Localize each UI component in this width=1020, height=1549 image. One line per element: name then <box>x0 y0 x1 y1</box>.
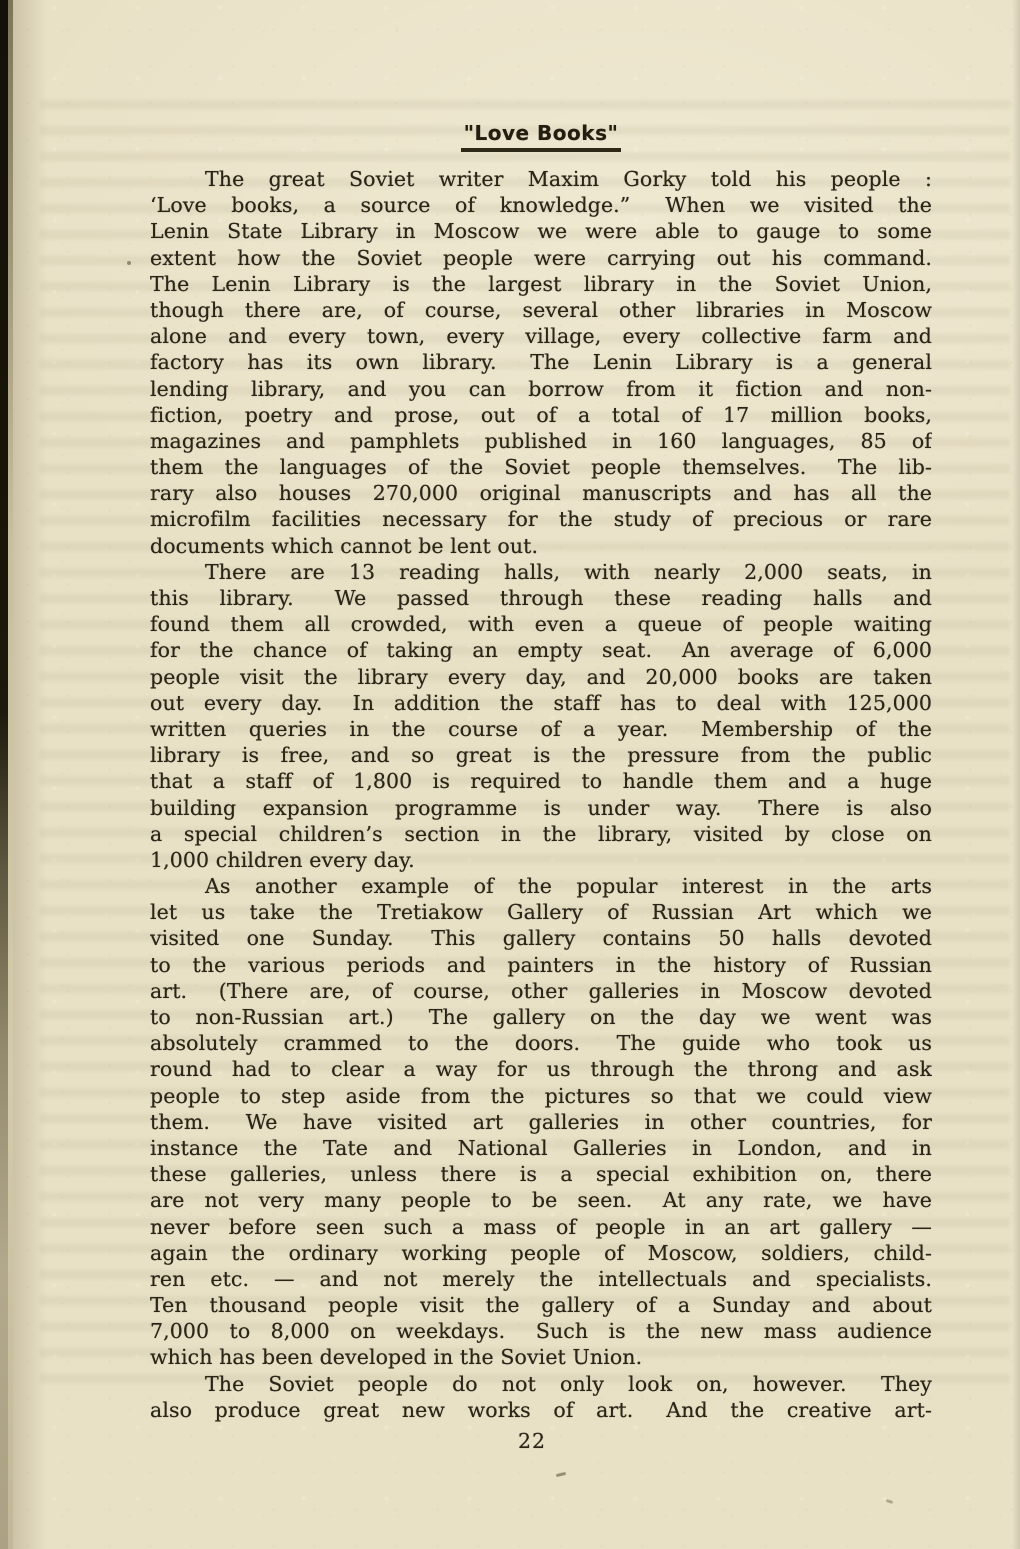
paper-speck <box>556 1472 566 1477</box>
text-line: round had to clear a way for us through … <box>150 1056 932 1082</box>
text-line: Lenin State Library in Moscow we were ab… <box>150 218 932 244</box>
text-line: As another example of the popular intere… <box>150 873 932 899</box>
text-line: these galleries, unless there is a speci… <box>150 1161 932 1187</box>
text-line: fiction, poetry and prose, out of a tota… <box>150 402 932 428</box>
chapter-title: "Love Books" <box>461 120 622 152</box>
text-line: for the chance of taking an empty seat. … <box>150 637 932 663</box>
text-line: people visit the library every day, and … <box>150 664 932 690</box>
text-line: absolutely crammed to the doors. The gui… <box>150 1030 932 1056</box>
text-line: are not very many people to be seen. At … <box>150 1187 932 1213</box>
text-line: them. We have visited art galleries in o… <box>150 1109 932 1135</box>
text-line: instance the Tate and National Galleries… <box>150 1135 932 1161</box>
text-line: factory has its own library. The Lenin L… <box>150 349 932 375</box>
text-column: "Love Books" The great Soviet writer Max… <box>150 120 932 1454</box>
text-line: alone and every town, every village, eve… <box>150 323 932 349</box>
text-line: ‘Love books, a source of knowledge.” Whe… <box>150 192 932 218</box>
text-line: written queries in the course of a year.… <box>150 716 932 742</box>
page-number: 22 <box>141 1428 923 1454</box>
text-line: microfilm facilities necessary for the s… <box>150 506 932 532</box>
text-line: found them all crowded, with even a queu… <box>150 611 932 637</box>
paragraph: There are 13 reading halls, with nearly … <box>150 559 932 873</box>
paper-speck <box>886 1499 894 1504</box>
book-binding-edge <box>0 0 8 1549</box>
text-line: that a staff of 1,800 is required to han… <box>150 768 932 794</box>
text-line: There are 13 reading halls, with nearly … <box>150 559 932 585</box>
paragraph: As another example of the popular intere… <box>150 873 932 1371</box>
text-line: people to step aside from the pictures s… <box>150 1083 932 1109</box>
text-line: never before seen such a mass of people … <box>150 1214 932 1240</box>
page-right-edge <box>1012 0 1020 1549</box>
text-line: out every day. In addition the staff has… <box>150 690 932 716</box>
text-line: extent how the Soviet people were carryi… <box>150 245 932 271</box>
scanned-book-page: "Love Books" The great Soviet writer Max… <box>0 0 1020 1549</box>
text-line: The great Soviet writer Maxim Gorky told… <box>150 166 932 192</box>
paper-speck <box>127 261 131 265</box>
paragraph: The Soviet people do not only look on, h… <box>150 1371 932 1423</box>
text-line: library is free, and so great is the pre… <box>150 742 932 768</box>
text-line: The Soviet people do not only look on, h… <box>150 1371 932 1397</box>
text-line: them the languages of the Soviet people … <box>150 454 932 480</box>
text-line: ren etc. — and not merely the intellectu… <box>150 1266 932 1292</box>
text-line: let us take the Tretiakow Gallery of Rus… <box>150 899 932 925</box>
text-line: visited one Sunday. This gallery contain… <box>150 925 932 951</box>
text-block: The great Soviet writer Maxim Gorky told… <box>150 166 932 1423</box>
text-line: documents which cannot be lent out. <box>150 533 932 559</box>
text-line: again the ordinary working people of Mos… <box>150 1240 932 1266</box>
binding-gutter-shadow <box>13 0 47 1549</box>
text-line: to the various periods and painters in t… <box>150 952 932 978</box>
paragraph: The great Soviet writer Maxim Gorky told… <box>150 166 932 559</box>
text-line: Ten thousand people visit the gallery of… <box>150 1292 932 1318</box>
text-line: to non-Russian art.) The gallery on the … <box>150 1004 932 1030</box>
text-line: lending library, and you can borrow from… <box>150 376 932 402</box>
text-line: a special children’s section in the libr… <box>150 821 932 847</box>
chapter-title-row: "Love Books" <box>150 120 932 153</box>
text-line: also produce great new works of art. And… <box>150 1397 932 1423</box>
text-line: magazines and pamphlets published in 160… <box>150 428 932 454</box>
text-line: rary also houses 270,000 original manusc… <box>150 480 932 506</box>
text-line: which has been developed in the Soviet U… <box>150 1344 932 1370</box>
text-line: art. (There are, of course, other galler… <box>150 978 932 1004</box>
text-line: 1,000 children every day. <box>150 847 932 873</box>
text-line: building expansion programme is under wa… <box>150 795 932 821</box>
text-line: this library. We passed through these re… <box>150 585 932 611</box>
text-line: 7,000 to 8,000 on weekdays. Such is the … <box>150 1318 932 1344</box>
text-line: The Lenin Library is the largest library… <box>150 271 932 297</box>
text-line: though there are, of course, several oth… <box>150 297 932 323</box>
